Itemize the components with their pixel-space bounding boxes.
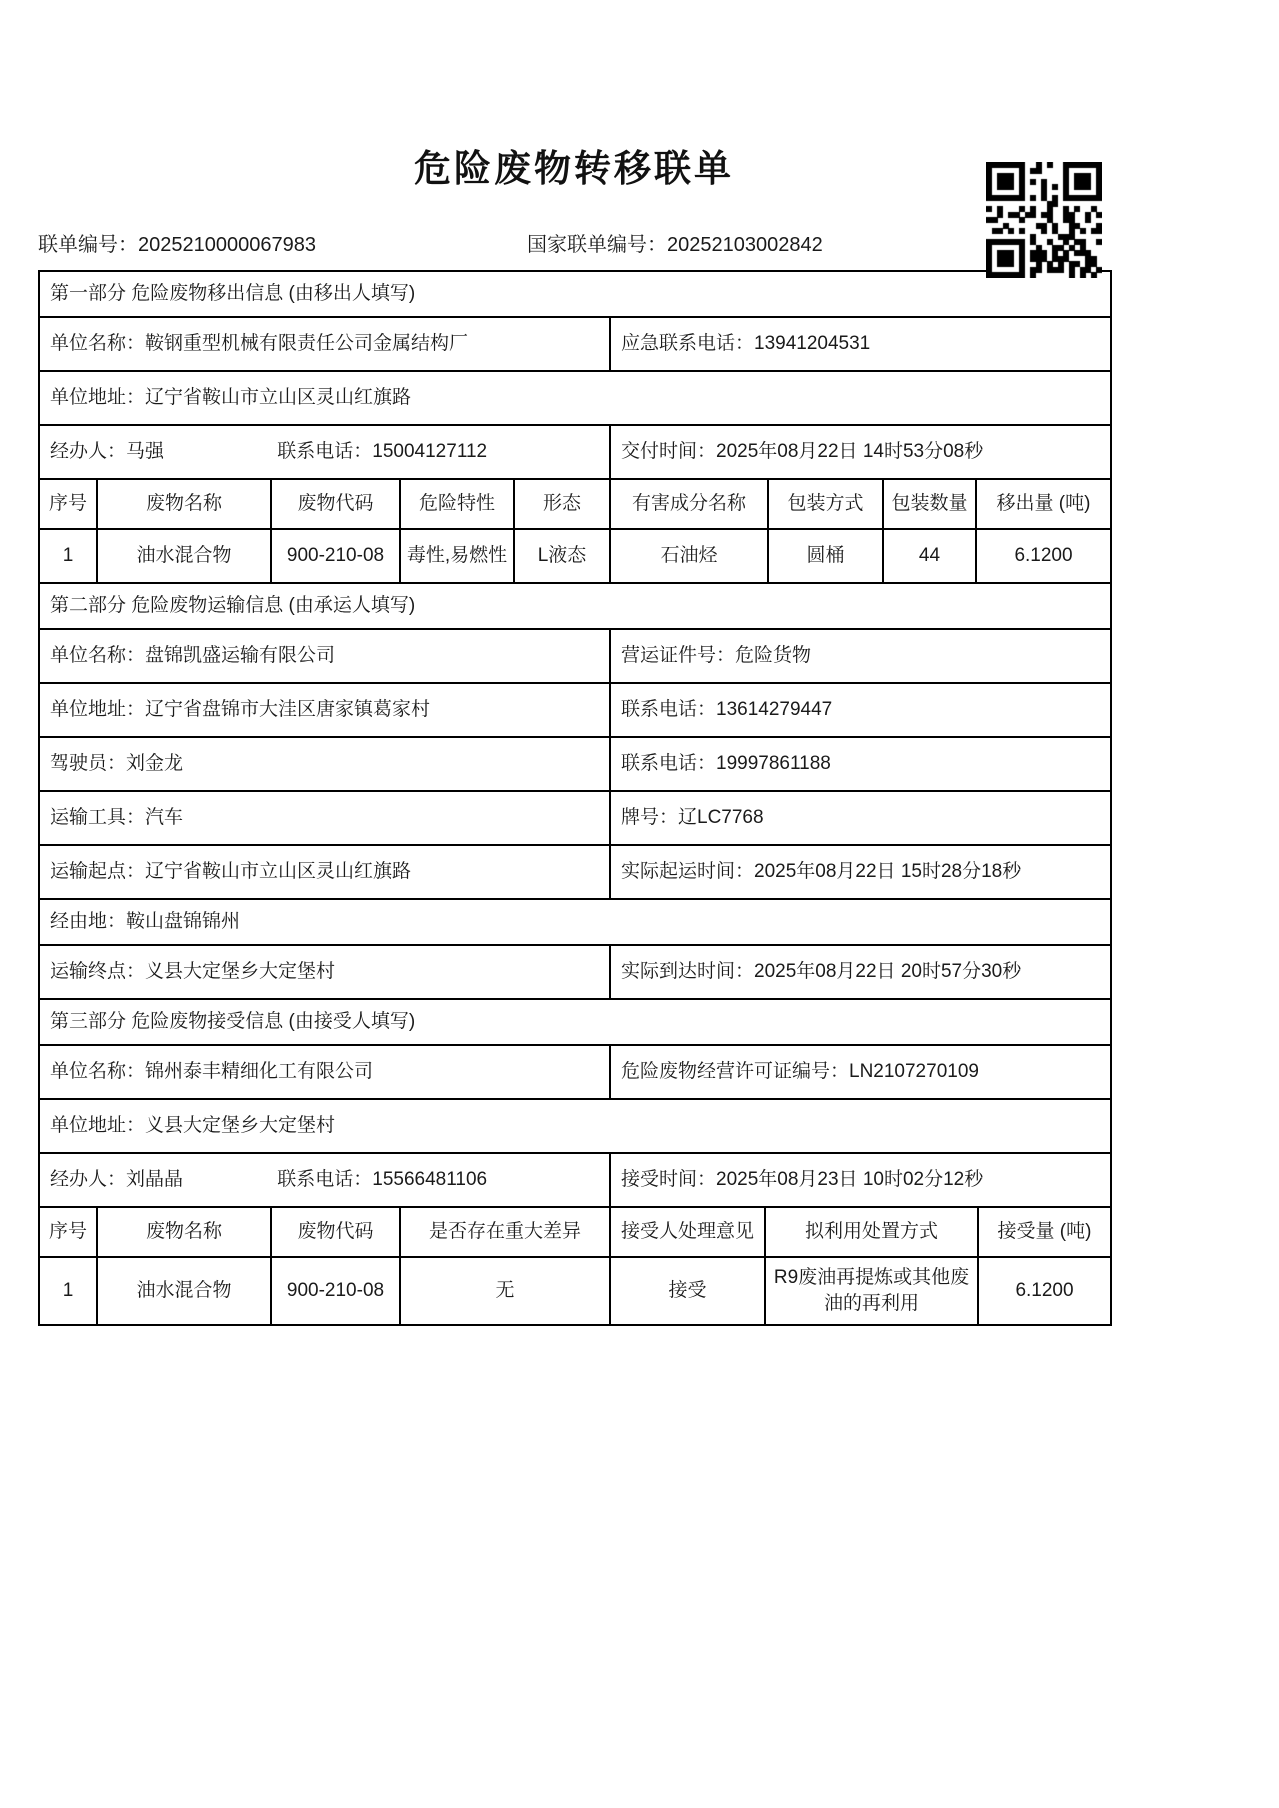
waste-package-type: 圆桶: [768, 529, 883, 583]
part2-unit-phone: 联系电话：13614279447: [610, 683, 1111, 737]
part3-operator: 经办人：刘晶晶: [50, 1167, 272, 1193]
part2-arrive-time: 实际到达时间：2025年08月22日 20时57分30秒: [610, 945, 1111, 999]
part1-delivery-time: 交付时间：2025年08月22日 14时53分08秒: [610, 425, 1111, 479]
receive-disposal-method: R9废油再提炼或其他废油的再利用: [765, 1257, 978, 1325]
part3-unit-name: 单位名称：锦州泰丰精细化工有限公司: [39, 1045, 610, 1099]
manifest-meta: 联单编号：2025210000067983 国家联单编号：20252103002…: [38, 228, 1110, 254]
manifest-page: 危险废物转移联单 联单编号：2025210000067983 国家联单编号：20…: [0, 0, 1279, 1808]
col-hazard: 危险特性: [400, 479, 514, 529]
col-component: 有害成分名称: [610, 479, 768, 529]
part2-unit-name: 单位名称：盘锦凯盛运输有限公司: [39, 629, 610, 683]
receive-table-row: 1 油水混合物 900-210-08 无 接受 R9废油再提炼或其他废油的再利用…: [39, 1257, 1111, 1325]
part2-driver-phone: 联系电话：19997861188: [610, 737, 1111, 791]
col-package-type: 包装方式: [768, 479, 883, 529]
waste-out-qty: 6.1200: [976, 529, 1111, 583]
part2-info-table: 第二部分 危险废物运输信息 (由承运人填写) 单位名称：盘锦凯盛运输有限公司 营…: [38, 582, 1112, 1000]
waste-seq: 1: [39, 529, 97, 583]
part3-operator-cell: 经办人：刘晶晶 联系电话：15566481106: [39, 1153, 610, 1207]
part3-permit-no: 危险废物经营许可证编号：LN2107270109: [610, 1045, 1111, 1099]
waste-form: L液态: [514, 529, 610, 583]
part1-waste-table: 序号 废物名称 废物代码 危险特性 形态 有害成分名称 包装方式 包装数量 移出…: [38, 478, 1112, 584]
col-form: 形态: [514, 479, 610, 529]
national-manifest-number: 国家联单编号：20252103002842: [527, 228, 823, 257]
part1-operator: 经办人：马强: [50, 439, 272, 465]
manifest-number: 联单编号：2025210000067983: [38, 234, 316, 256]
col-seq: 序号: [39, 479, 97, 529]
waste-table-header-row: 序号 废物名称 废物代码 危险特性 形态 有害成分名称 包装方式 包装数量 移出…: [39, 479, 1111, 529]
receive-opinion: 接受: [610, 1257, 765, 1325]
part3-operator-phone: 联系电话：15566481106: [277, 1169, 487, 1190]
col-waste-name: 废物名称: [97, 479, 271, 529]
waste-table-row: 1 油水混合物 900-210-08 毒性,易燃性 L液态 石油烃 圆桶 44 …: [39, 529, 1111, 583]
col-package-qty: 包装数量: [883, 479, 976, 529]
col-discrepancy: 是否存在重大差异: [400, 1207, 610, 1257]
col-seq: 序号: [39, 1207, 97, 1257]
waste-hazard: 毒性,易燃性: [400, 529, 514, 583]
qr-code: [986, 162, 1102, 278]
receive-waste-name: 油水混合物: [97, 1257, 271, 1325]
part2-vehicle: 运输工具：汽车: [39, 791, 610, 845]
part1-info-table: 第一部分 危险废物移出信息 (由移出人填写) 单位名称：鞍钢重型机械有限责任公司…: [38, 270, 1112, 480]
part3-unit-address: 单位地址：义县大定堡乡大定堡村: [39, 1099, 1111, 1153]
col-waste-code: 废物代码: [271, 1207, 400, 1257]
col-disposal-method: 拟利用处置方式: [765, 1207, 978, 1257]
part2-section-header: 第二部分 危险废物运输信息 (由承运人填写): [39, 583, 1111, 629]
manifest-body: 第一部分 危险废物移出信息 (由移出人填写) 单位名称：鞍钢重型机械有限责任公司…: [38, 270, 1110, 1326]
receive-qty: 6.1200: [978, 1257, 1111, 1325]
col-waste-code: 废物代码: [271, 479, 400, 529]
part2-unit-address: 单位地址：辽宁省盘锦市大洼区唐家镇葛家村: [39, 683, 610, 737]
receive-waste-code: 900-210-08: [271, 1257, 400, 1325]
part3-section-header: 第三部分 危险废物接受信息 (由接受人填写): [39, 999, 1111, 1045]
receive-seq: 1: [39, 1257, 97, 1325]
part3-receive-table: 序号 废物名称 废物代码 是否存在重大差异 接受人处理意见 拟利用处置方式 接受…: [38, 1206, 1112, 1326]
waste-name: 油水混合物: [97, 529, 271, 583]
part2-depart-time: 实际起运时间：2025年08月22日 15时28分18秒: [610, 845, 1111, 899]
part1-operator-phone: 联系电话：15004127112: [277, 441, 487, 462]
part1-unit-name: 单位名称：鞍钢重型机械有限责任公司金属结构厂: [39, 317, 610, 371]
part3-accept-time: 接受时间：2025年08月23日 10时02分12秒: [610, 1153, 1111, 1207]
part2-driver: 驾驶员：刘金龙: [39, 737, 610, 791]
part1-unit-address: 单位地址：辽宁省鞍山市立山区灵山红旗路: [39, 371, 1111, 425]
part2-license-no: 营运证件号：危险货物: [610, 629, 1111, 683]
waste-code: 900-210-08: [271, 529, 400, 583]
part2-via: 经由地：鞍山盘锦锦州: [39, 899, 1111, 945]
col-out-qty: 移出量 (吨): [976, 479, 1111, 529]
part2-destination: 运输终点：义县大定堡乡大定堡村: [39, 945, 610, 999]
col-received-qty: 接受量 (吨): [978, 1207, 1111, 1257]
part1-emergency-phone: 应急联系电话：13941204531: [610, 317, 1111, 371]
receive-table-header-row: 序号 废物名称 废物代码 是否存在重大差异 接受人处理意见 拟利用处置方式 接受…: [39, 1207, 1111, 1257]
waste-component: 石油烃: [610, 529, 768, 583]
qr-code-image: [986, 162, 1102, 278]
waste-package-qty: 44: [883, 529, 976, 583]
part2-plate-no: 牌号：辽LC7768: [610, 791, 1111, 845]
page-title: 危险废物转移联单: [0, 0, 1148, 192]
receive-discrepancy: 无: [400, 1257, 610, 1325]
part1-operator-cell: 经办人：马强 联系电话：15004127112: [39, 425, 610, 479]
col-waste-name: 废物名称: [97, 1207, 271, 1257]
part1-section-header: 第一部分 危险废物移出信息 (由移出人填写): [39, 271, 1111, 317]
part3-info-table: 第三部分 危险废物接受信息 (由接受人填写) 单位名称：锦州泰丰精细化工有限公司…: [38, 998, 1112, 1208]
col-receiver-opinion: 接受人处理意见: [610, 1207, 765, 1257]
part2-origin: 运输起点：辽宁省鞍山市立山区灵山红旗路: [39, 845, 610, 899]
